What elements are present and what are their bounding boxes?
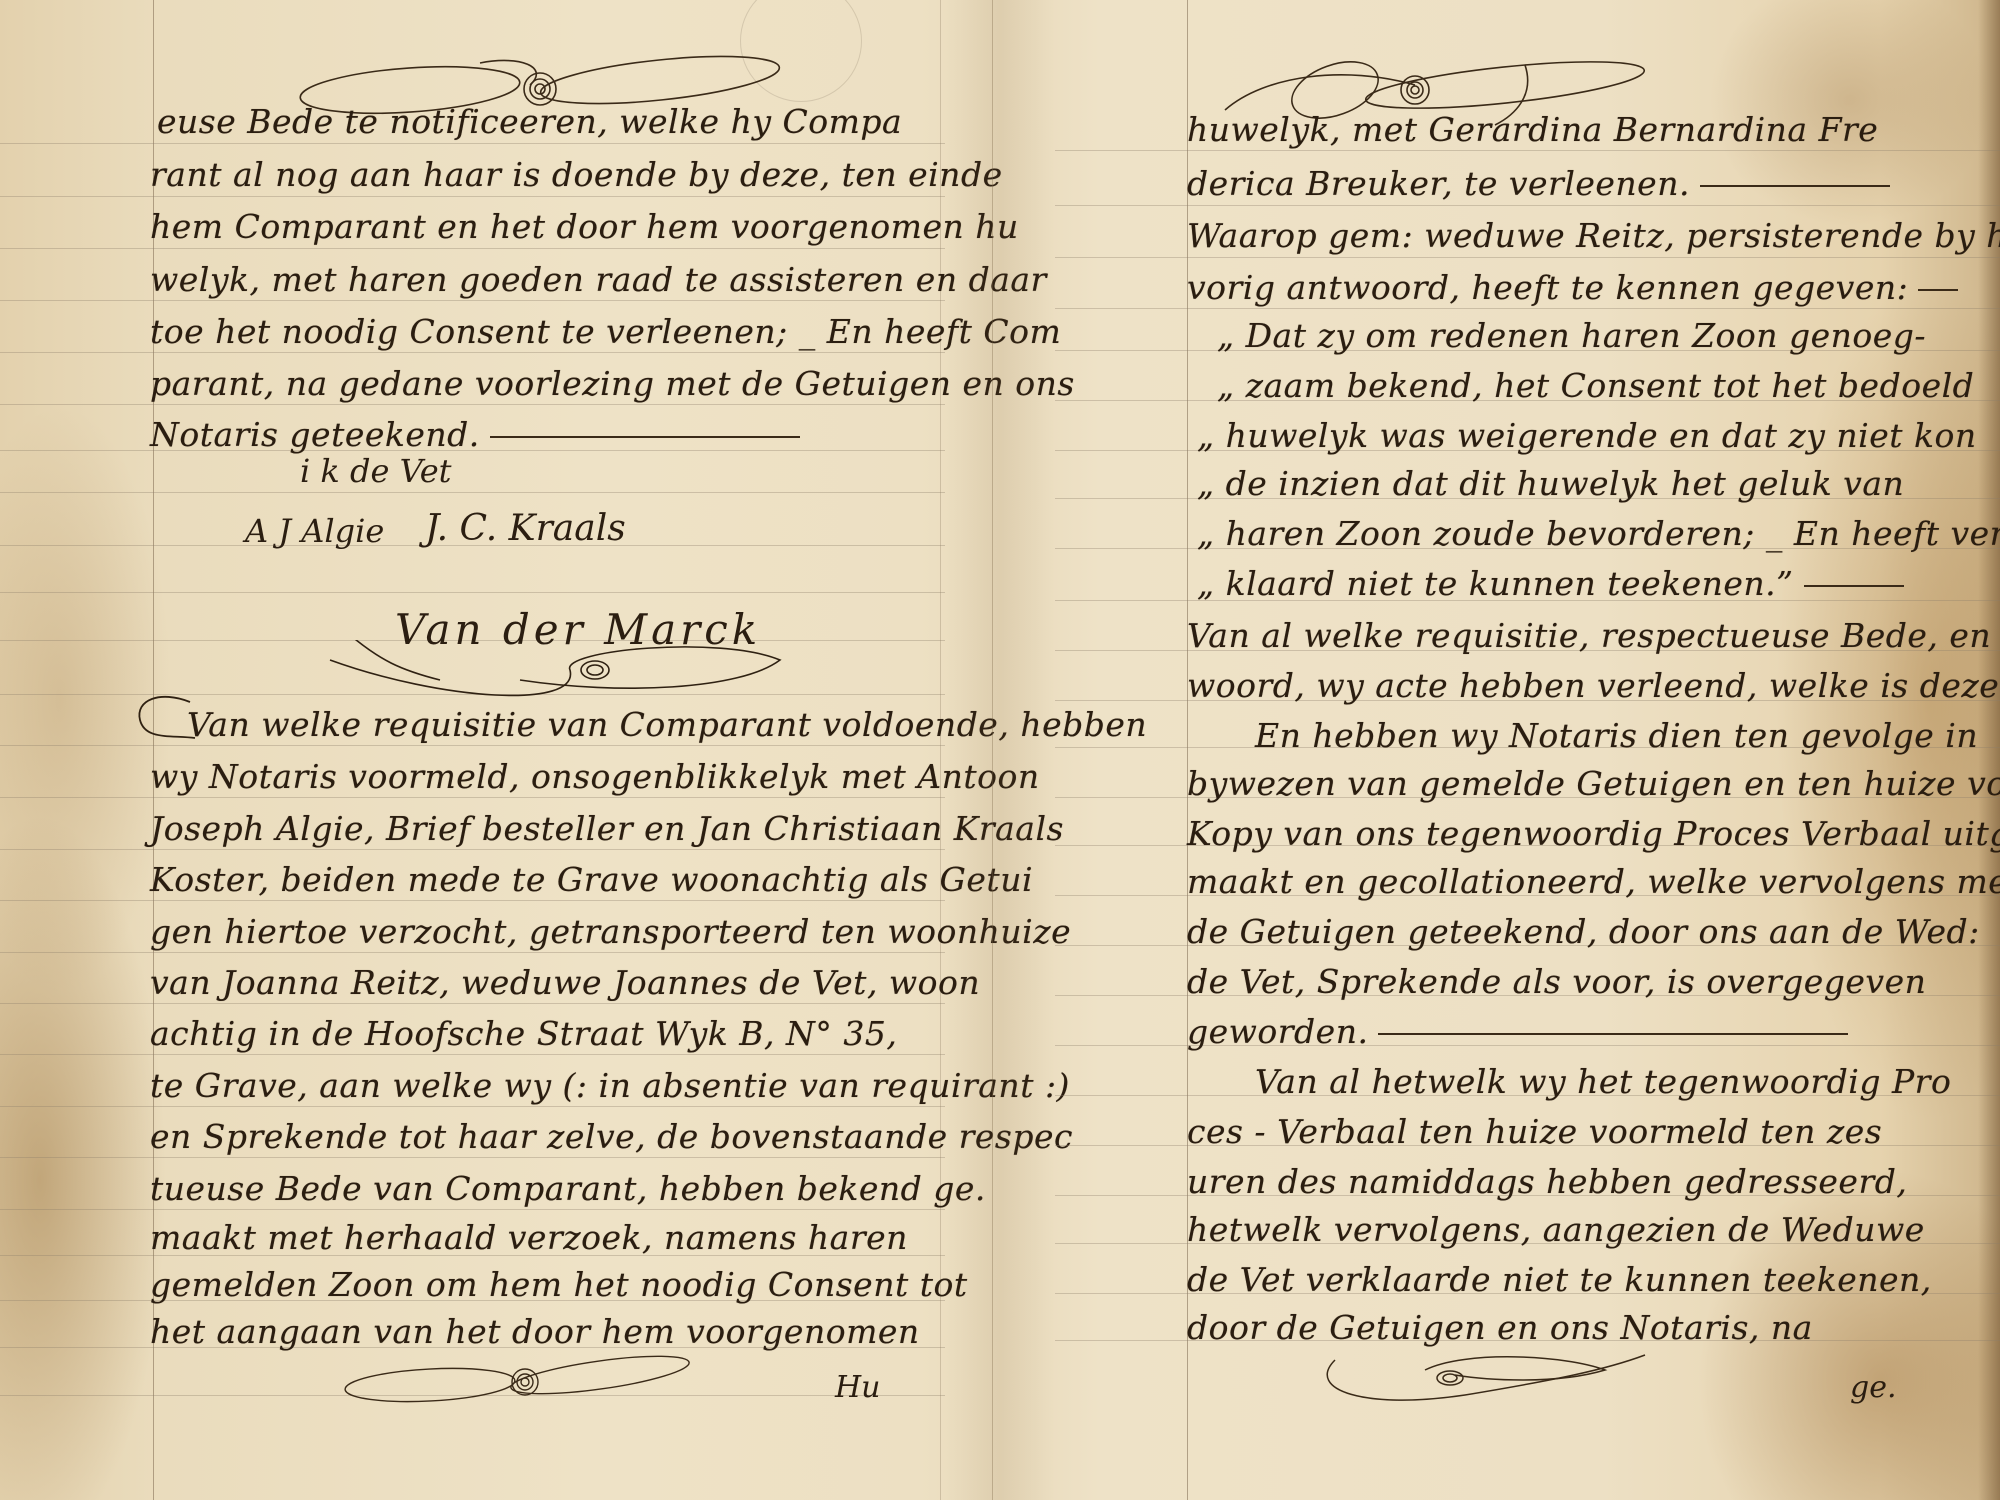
signature-ik-de-vet: i k de Vet xyxy=(300,452,452,490)
manuscript-line-text: vorig antwoord, heeft te kennen gegeven: xyxy=(1187,268,1908,307)
signature-algie: A J Algie xyxy=(245,512,384,550)
manuscript-line: Notaris geteekend. xyxy=(150,415,800,454)
notary-flourish-icon xyxy=(320,640,800,710)
manuscript-line: de Getuigen geteekend, door ons aan de W… xyxy=(1187,912,1980,951)
manuscript-line: en Sprekende tot haar zelve, de bovensta… xyxy=(150,1117,1073,1156)
manuscript-line: Joseph Algie, Brief besteller en Jan Chr… xyxy=(150,809,1064,848)
manuscript-line: Van al welke requisitie, respectueuse Be… xyxy=(1187,616,2000,655)
manuscript-line-text: derica Breuker, te verleenen. xyxy=(1187,164,1690,203)
manuscript-line: achtig in de Hoofsche Straat Wyk B, N° 3… xyxy=(150,1014,897,1053)
manuscript-line: het aangaan van het door hem voorgenomen xyxy=(150,1312,920,1351)
manuscript-line: derica Breuker, te verleenen. xyxy=(1187,164,1890,203)
manuscript-line-text: „ klaard niet te kunnen teekenen.” xyxy=(1197,564,1794,603)
manuscript-line: „ haren Zoon zoude bevorderen; _ En heef… xyxy=(1197,514,2000,553)
manuscript-line: wy Notaris voormeld, onsogenblikkelyk me… xyxy=(150,757,1040,796)
manuscript-line: de Vet verklaarde niet te kunnen teekene… xyxy=(1187,1260,1932,1299)
document-spread: euse Bede te notificeeren, welke hy Comp… xyxy=(0,0,2000,1500)
manuscript-line: Van al hetwelk wy het tegenwoordig Pro xyxy=(1255,1062,1951,1101)
manuscript-line-text: geworden. xyxy=(1187,1012,1368,1051)
manuscript-line: „ huwelyk was weigerende en dat zy niet … xyxy=(1197,416,1977,455)
manuscript-line: „ klaard niet te kunnen teekenen.” xyxy=(1197,564,1904,603)
manuscript-line: Kopy van ons tegenwoordig Proces Verbaal… xyxy=(1187,814,2000,853)
manuscript-line: Waarop gem: weduwe Reitz, persisterende … xyxy=(1187,216,2000,255)
manuscript-line: vorig antwoord, heeft te kennen gegeven: xyxy=(1187,268,1958,307)
line-filler-dash xyxy=(1700,185,1890,187)
manuscript-line: „ de inzien dat dit huwelyk het geluk va… xyxy=(1197,464,1904,503)
manuscript-line: parant, na gedane voorlezing met de Getu… xyxy=(150,364,1075,403)
manuscript-line: maakt met herhaald verzoek, namens haren xyxy=(150,1218,908,1257)
end-flourish-icon xyxy=(330,1350,730,1410)
manuscript-line: Koster, beiden mede te Grave woonachtig … xyxy=(150,860,1033,899)
right-page: huwelyk, met Gerardina Bernardina Fre de… xyxy=(1055,0,2000,1500)
line-filler-dash xyxy=(1918,289,1958,291)
end-flourish-icon xyxy=(1305,1340,1665,1410)
manuscript-line: hetwelk vervolgens, aangezien de Weduwe xyxy=(1187,1210,1925,1249)
manuscript-line: ces - Verbaal ten huize voormeld ten zes xyxy=(1187,1112,1882,1151)
manuscript-line: gen hiertoe verzocht, getransporteerd te… xyxy=(150,912,1071,951)
manuscript-line: „ Dat zy om redenen haren Zoon genoeg- xyxy=(1217,316,1926,355)
manuscript-line: te Grave, aan welke wy (: in absentie va… xyxy=(150,1066,1070,1105)
catchword: ge. xyxy=(1850,1370,1897,1405)
manuscript-line: En hebben wy Notaris dien ten gevolge in xyxy=(1255,716,1978,755)
manuscript-line: maakt en gecollationeerd, welke vervolge… xyxy=(1187,862,2000,901)
manuscript-line: tueuse Bede van Comparant, hebben bekend… xyxy=(150,1169,986,1208)
manuscript-line: gemelden Zoon om hem het noodig Consent … xyxy=(150,1265,968,1304)
manuscript-line-text: Notaris geteekend. xyxy=(150,415,480,454)
signature-kraals: J. C. Kraals xyxy=(425,508,626,549)
manuscript-line: woord, wy acte hebben verleend, welke is… xyxy=(1187,666,2000,705)
manuscript-line: euse Bede te notificeeren, welke hy Comp… xyxy=(157,102,902,141)
manuscript-line: uren des namiddags hebben gedresseerd, xyxy=(1187,1162,1907,1201)
manuscript-line: „ zaam bekend, het Consent tot het bedoe… xyxy=(1217,366,1974,405)
line-filler-dash xyxy=(1378,1033,1848,1035)
manuscript-line: hem Comparant en het door hem voorgenome… xyxy=(150,207,1019,246)
manuscript-line: geworden. xyxy=(1187,1012,1848,1051)
manuscript-line: welyk, met haren goeden raad te assister… xyxy=(150,260,1047,299)
book-gutter xyxy=(945,0,1055,1500)
manuscript-line: van Joanna Reitz, weduwe Joannes de Vet,… xyxy=(150,963,980,1002)
line-filler-dash xyxy=(490,436,800,438)
manuscript-line: rant al nog aan haar is doende by deze, … xyxy=(150,155,1003,194)
manuscript-line: toe het noodig Consent te verleenen; _ E… xyxy=(150,312,1061,351)
left-page: euse Bede te notificeeren, welke hy Comp… xyxy=(0,0,945,1500)
manuscript-line: huwelyk, met Gerardina Bernardina Fre xyxy=(1187,110,1878,149)
catchword: Hu xyxy=(835,1370,880,1405)
line-filler-dash xyxy=(1804,585,1904,587)
manuscript-line: bywezen van gemelde Getuigen en ten huiz… xyxy=(1187,764,2000,803)
manuscript-line: de Vet, Sprekende als voor, is overgegev… xyxy=(1187,962,1926,1001)
